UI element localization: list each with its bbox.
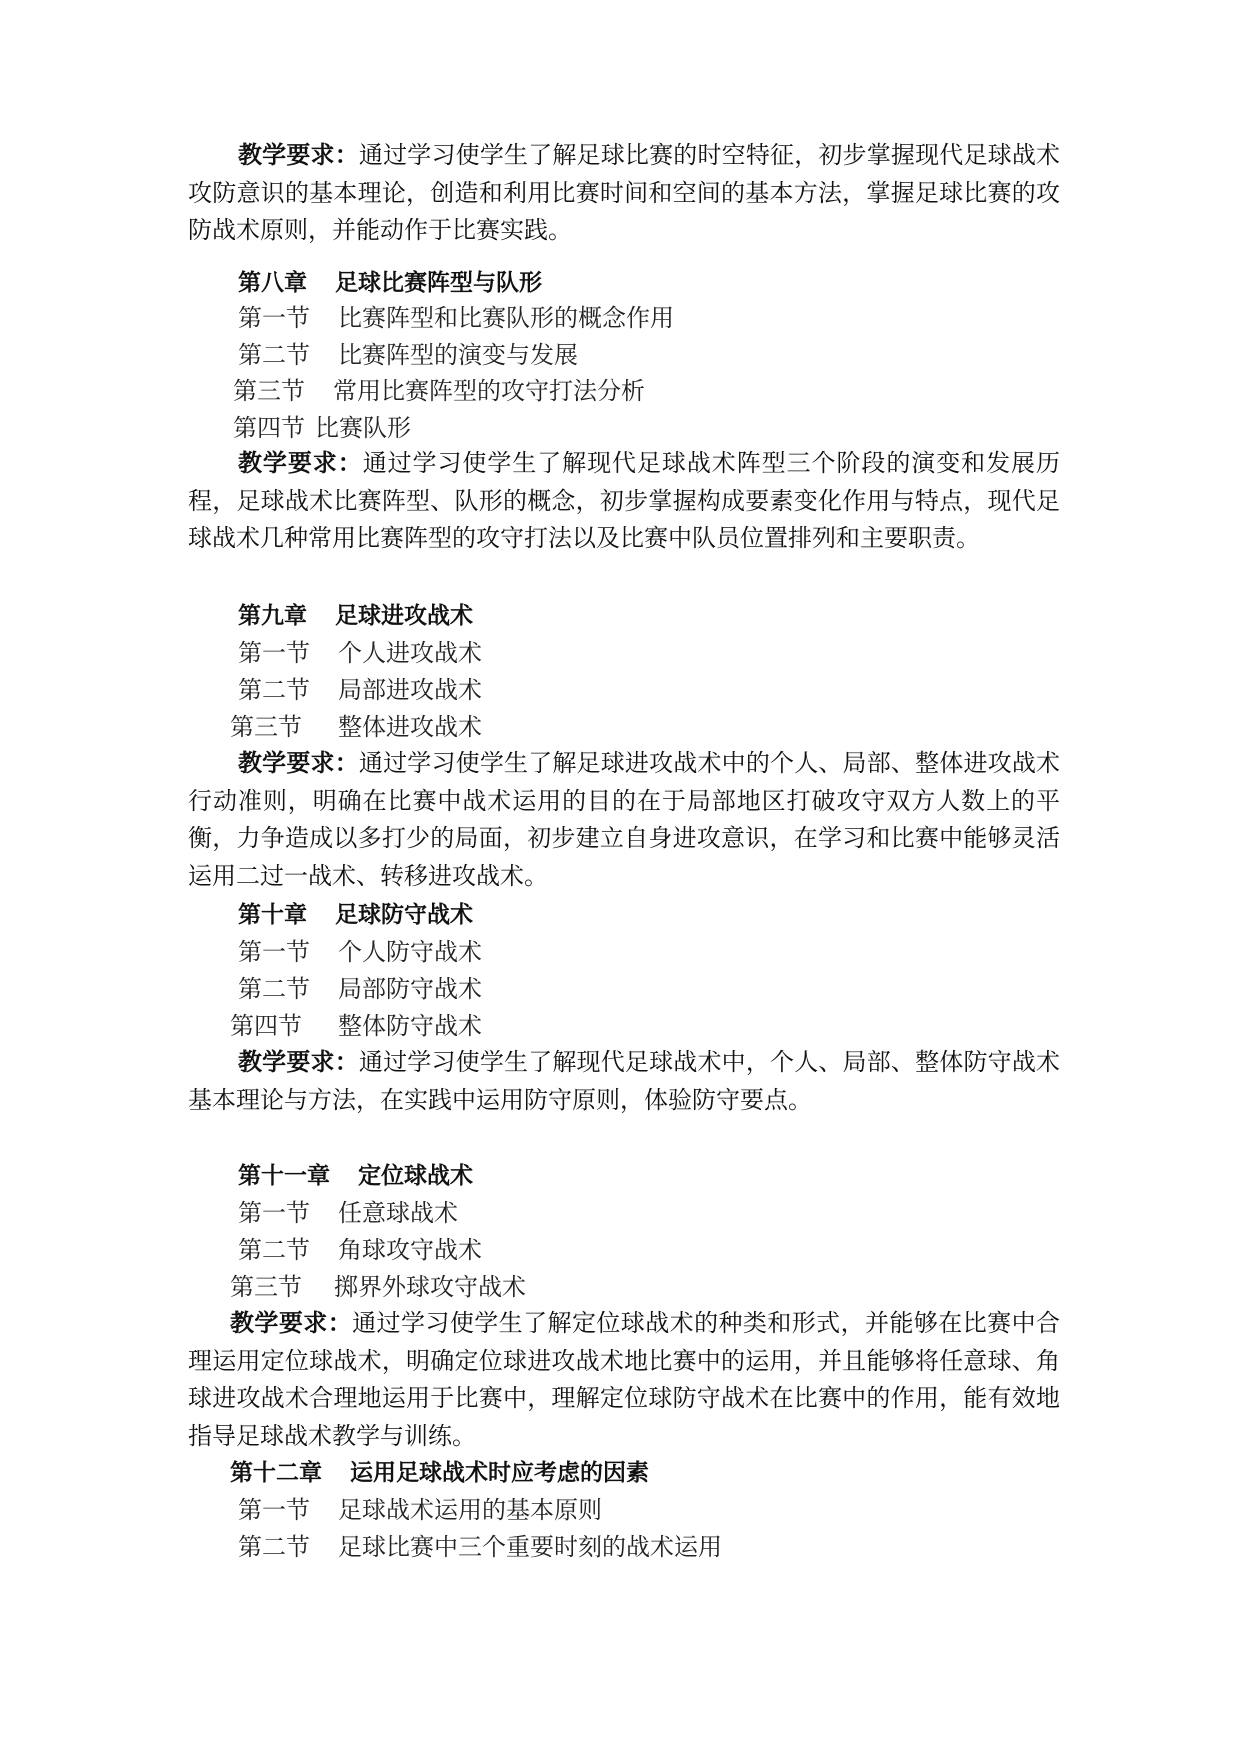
chapter-number: 第十章	[238, 902, 307, 928]
section-line: 第二节足球比赛中三个重要时刻的战术运用	[238, 1529, 722, 1565]
requirement-label: 教学要求：	[238, 141, 359, 169]
document-page: 教学要求：通过学习使学生了解足球比赛的时空特征，初步掌握现代足球战术攻防意识的基…	[0, 0, 1241, 1754]
section-title: 局部进攻战术	[338, 676, 482, 704]
section-number: 第三节	[230, 1273, 302, 1301]
section-number: 第二节	[238, 676, 310, 704]
section-number: 第二节	[238, 1236, 310, 1264]
section-line: 第三节常用比赛阵型的攻守打法分析	[233, 373, 645, 409]
section-title: 任意球战术	[338, 1199, 458, 1227]
section-title: 整体防守战术	[338, 1012, 482, 1040]
teaching-requirement-paragraph: 教学要求：通过学习使学生了解现代足球战术中，个人、局部、整体防守战术基本理论与方…	[188, 1044, 1060, 1119]
chapter-title: 运用足球战术时应考虑的因素	[350, 1460, 649, 1486]
teaching-requirement-paragraph: 教学要求：通过学习使学生了解现代足球战术阵型三个阶段的演变和发展历程，足球战术比…	[188, 445, 1060, 558]
chapter-title: 定位球战术	[358, 1163, 473, 1189]
chapter-number: 第十一章	[238, 1163, 330, 1189]
section-line: 第二节局部进攻战术	[238, 672, 482, 708]
chapter-title: 足球进攻战术	[335, 603, 473, 629]
section-line: 第三节掷界外球攻守战术	[230, 1269, 526, 1305]
requirement-label: 教学要求：	[238, 749, 359, 777]
chapter-heading: 第九章足球进攻战术	[238, 598, 473, 634]
teaching-requirement-paragraph: 教学要求：通过学习使学生了解定位球战术的种类和形式，并能够在比赛中合理运用定位球…	[188, 1305, 1060, 1455]
section-line: 第四节比赛队形	[233, 410, 411, 446]
section-number: 第四节	[230, 1012, 302, 1040]
section-line: 第一节个人进攻战术	[238, 635, 482, 671]
section-number: 第二节	[238, 975, 310, 1003]
section-line: 第一节任意球战术	[238, 1195, 458, 1231]
chapter-number: 第八章	[238, 270, 307, 296]
section-number: 第一节	[238, 938, 310, 966]
section-title: 比赛阵型和比赛队形的概念作用	[338, 304, 674, 332]
requirement-label: 教学要求：	[238, 449, 363, 477]
section-title: 掷界外球攻守战术	[334, 1273, 526, 1301]
section-title: 足球比赛中三个重要时刻的战术运用	[338, 1533, 722, 1561]
section-number: 第二节	[238, 341, 310, 369]
section-title: 比赛阵型的演变与发展	[338, 341, 578, 369]
chapter-number: 第十二章	[230, 1460, 322, 1486]
section-title: 整体进攻战术	[338, 713, 482, 741]
teaching-requirement-paragraph: 教学要求：通过学习使学生了解足球比赛的时空特征，初步掌握现代足球战术攻防意识的基…	[188, 137, 1060, 250]
section-number: 第四节	[233, 414, 305, 442]
section-title: 足球战术运用的基本原则	[338, 1496, 602, 1524]
section-number: 第一节	[238, 304, 310, 332]
chapter-heading: 第八章足球比赛阵型与队形	[238, 265, 542, 301]
section-line: 第二节局部防守战术	[238, 971, 482, 1007]
section-line: 第一节足球战术运用的基本原则	[238, 1492, 602, 1528]
section-number: 第三节	[230, 713, 302, 741]
chapter-title: 足球防守战术	[335, 902, 473, 928]
chapter-heading: 第十章足球防守战术	[238, 897, 473, 933]
chapter-number: 第九章	[238, 603, 307, 629]
chapter-heading: 第十二章运用足球战术时应考虑的因素	[230, 1455, 649, 1491]
teaching-requirement-paragraph: 教学要求：通过学习使学生了解足球进攻战术中的个人、局部、整体进攻战术行动准则，明…	[188, 745, 1060, 895]
section-number: 第二节	[238, 1533, 310, 1561]
section-title: 个人进攻战术	[338, 639, 482, 667]
section-number: 第一节	[238, 639, 310, 667]
section-line: 第一节比赛阵型和比赛队形的概念作用	[238, 300, 674, 336]
section-line: 第四节整体防守战术	[230, 1008, 482, 1044]
section-title: 比赛队形	[315, 414, 411, 442]
chapter-title: 足球比赛阵型与队形	[335, 270, 542, 296]
section-line: 第二节比赛阵型的演变与发展	[238, 337, 578, 373]
section-line: 第一节个人防守战术	[238, 934, 482, 970]
section-number: 第一节	[238, 1199, 310, 1227]
section-title: 角球攻守战术	[338, 1236, 482, 1264]
requirement-label: 教学要求：	[230, 1309, 352, 1337]
chapter-heading: 第十一章定位球战术	[238, 1158, 473, 1194]
section-title: 常用比赛阵型的攻守打法分析	[333, 377, 645, 405]
section-number: 第一节	[238, 1496, 310, 1524]
section-line: 第二节角球攻守战术	[238, 1232, 482, 1268]
section-title: 个人防守战术	[338, 938, 482, 966]
section-line: 第三节整体进攻战术	[230, 709, 482, 745]
section-number: 第三节	[233, 377, 305, 405]
section-title: 局部防守战术	[338, 975, 482, 1003]
requirement-label: 教学要求：	[238, 1048, 359, 1076]
